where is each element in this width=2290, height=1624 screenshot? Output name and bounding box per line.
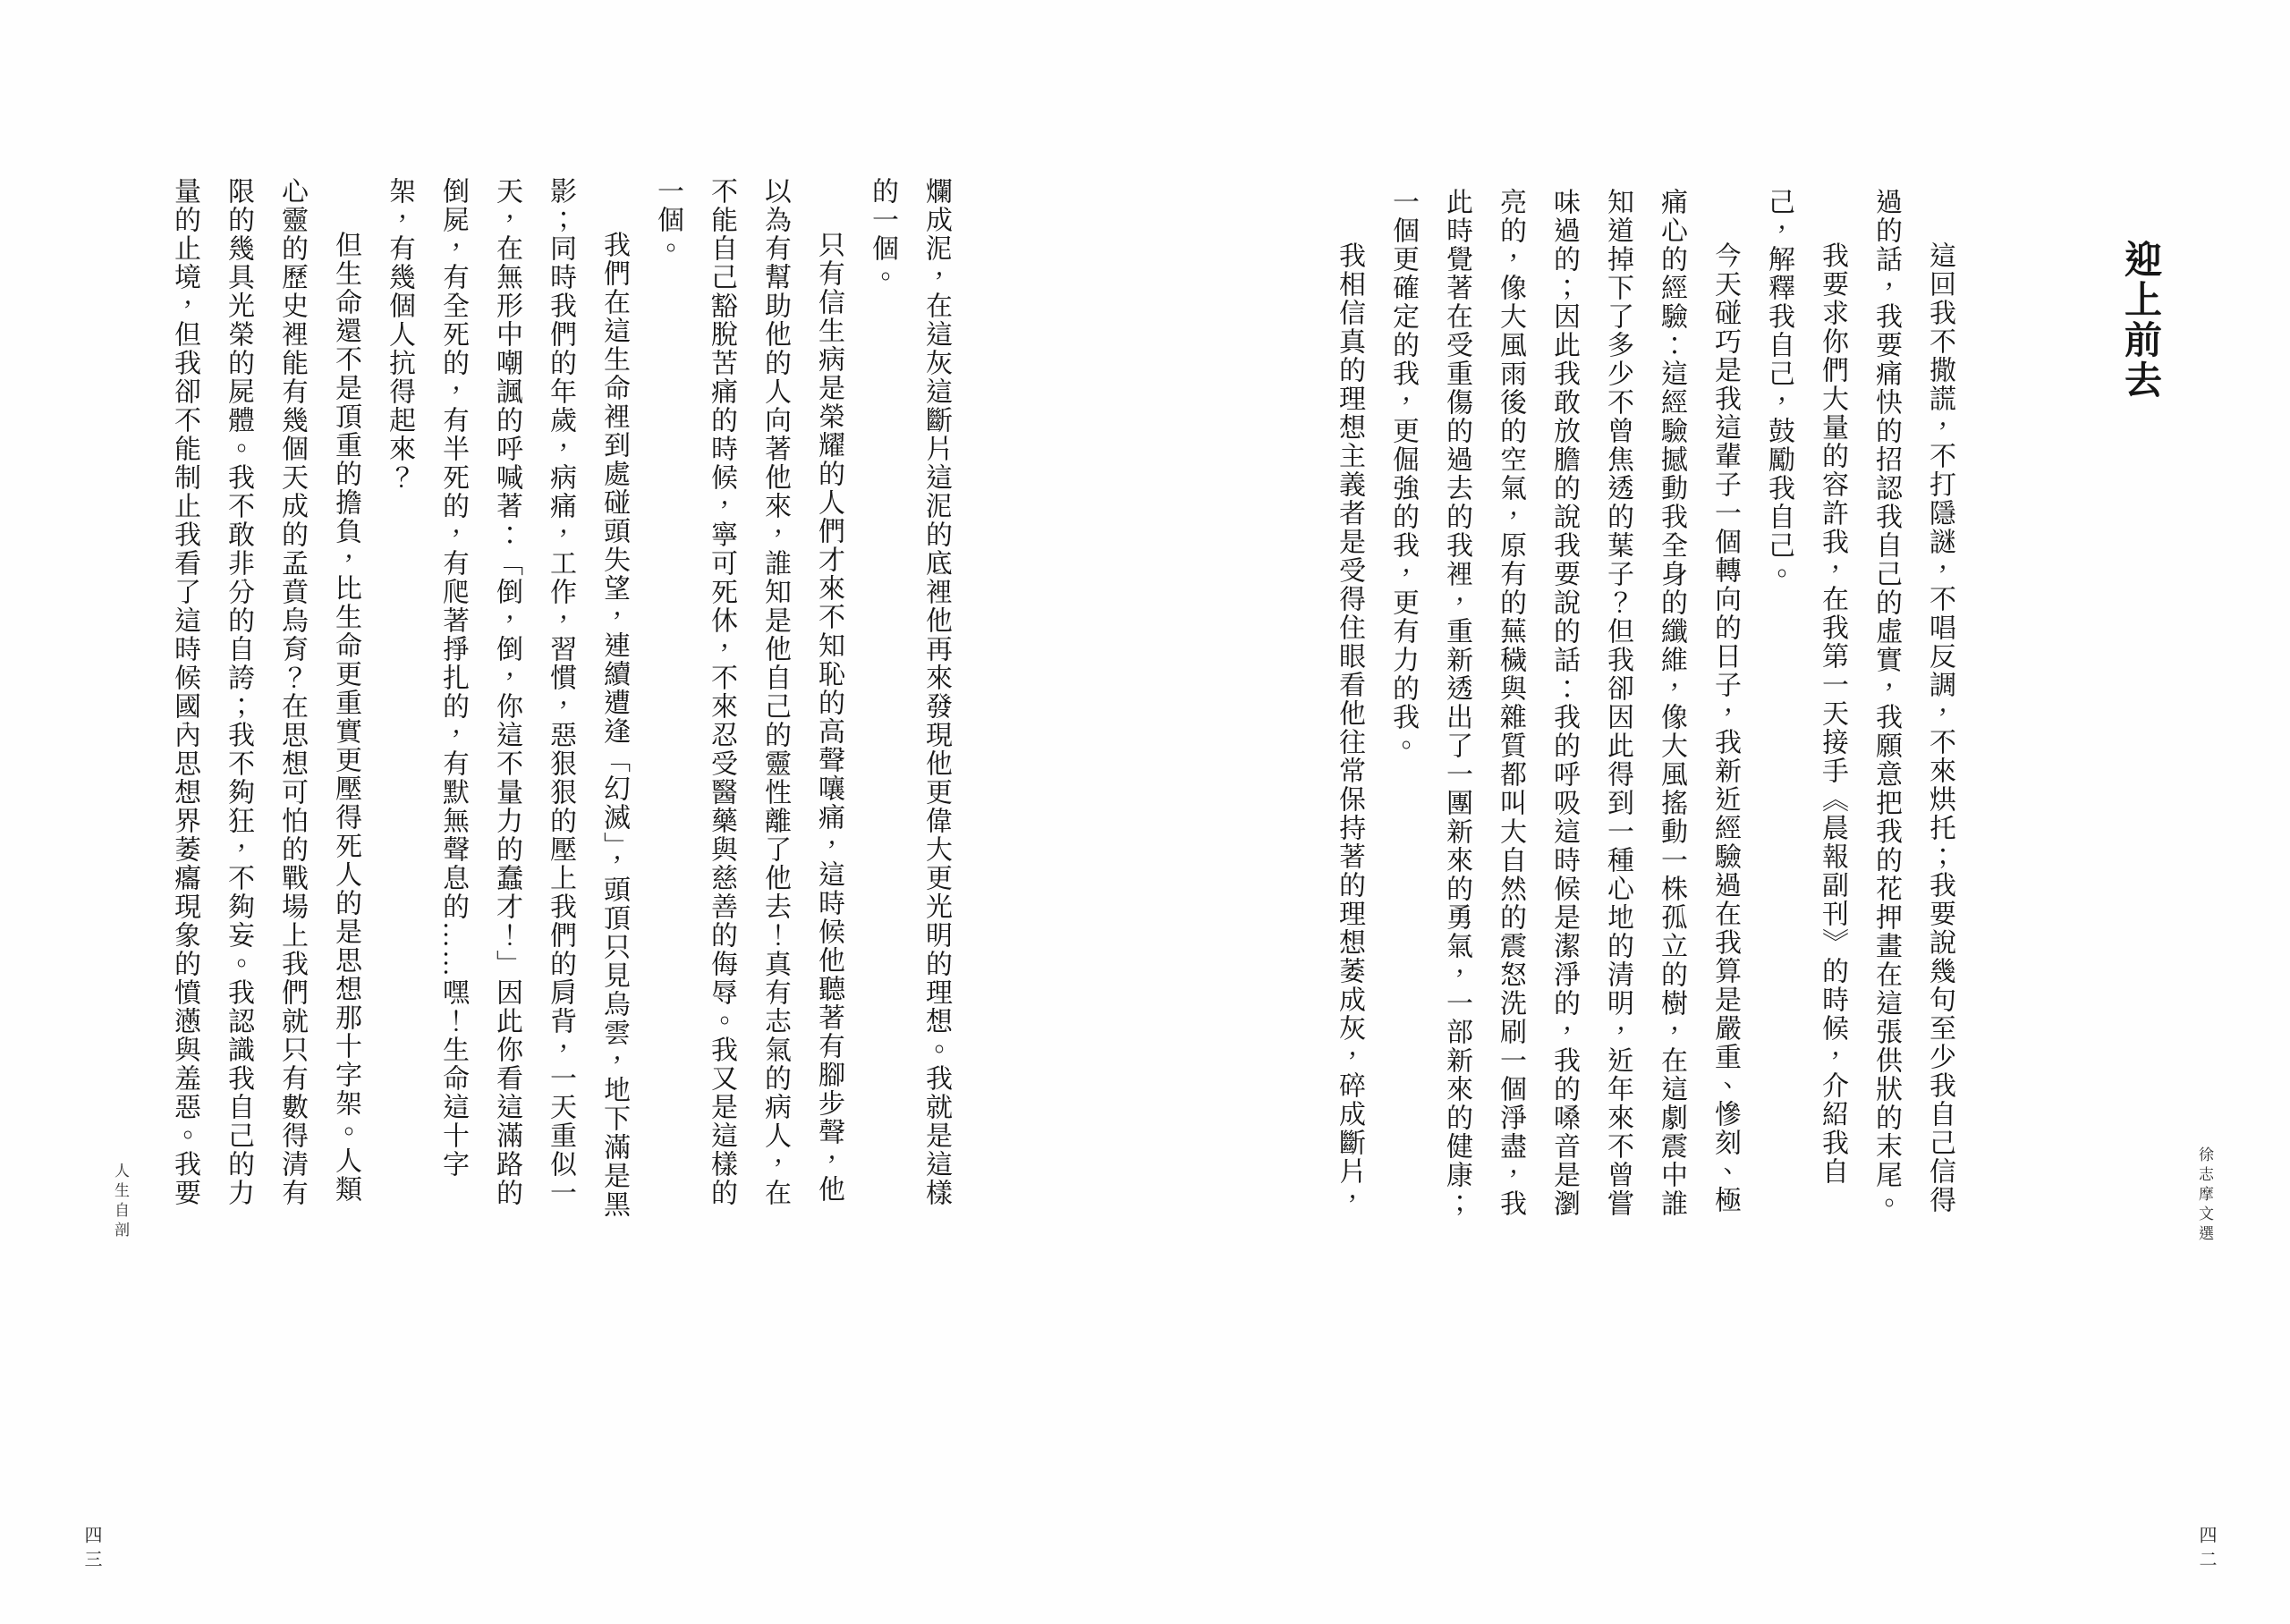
paragraph: 但生命還不是頂重的擔負，比生命更重實更壓得死人的是思想那十字架。人類心靈的歷史裡… bbox=[157, 177, 372, 1220]
paragraph: 我相信真的理想主義者是受得住眼看他往常保持著的理想萎成灰，碎成斷片， bbox=[1322, 188, 1376, 1231]
page-number-left: 四三 bbox=[79, 1526, 105, 1574]
paragraph: 只有信生病是榮耀的人們才來不知恥的高聲嚷痛，這時候他聽著有腳步聲，他以為有幫助他… bbox=[640, 177, 855, 1220]
chapter-title: 迎上前去 bbox=[2113, 240, 2167, 401]
paragraph: 這回我不撒謊，不打隱謎，不唱反調，不來烘托；我要說幾句至少我自己信得過的話，我要… bbox=[1859, 188, 1966, 1231]
paragraph: 今天碰巧是我這輩子一個轉向的日子，我新近經驗過在我算是嚴重、慘刻、極痛心的經驗：… bbox=[1376, 188, 1751, 1231]
running-head-series: 徐志摩文選 bbox=[2193, 1146, 2216, 1245]
right-page-text: 這回我不撒謊，不打隱謎，不唱反調，不來烘托；我要說幾句至少我自己信得過的話，我要… bbox=[1322, 188, 1966, 1231]
running-head-section: 人生自剖 bbox=[109, 1163, 131, 1241]
page-number-right: 四二 bbox=[2193, 1526, 2219, 1574]
paragraph: 爛成泥，在這灰這斷片這泥的底裡他再來發現他更偉大更光明的理想。我就是這樣的一個。 bbox=[855, 177, 963, 1220]
left-page-text: 爛成泥，在這灰這斷片這泥的底裡他再來發現他更偉大更光明的理想。我就是這樣的一個。… bbox=[157, 177, 963, 1220]
paragraph: 我們在這生命裡到處碰頭失望，連續遭逢「幻滅」，頭頂只見烏雲，地下滿是黑影；同時我… bbox=[372, 177, 640, 1220]
book-spread: 迎上前去 這回我不撒謊，不打隱謎，不唱反調，不來烘托；我要說幾句至少我自己信得過… bbox=[0, 0, 2290, 1624]
paragraph: 我要求你們大量的容許我，在我第一天接手《晨報副刊》的時候，介紹我自己，解釋我自己… bbox=[1751, 188, 1859, 1231]
